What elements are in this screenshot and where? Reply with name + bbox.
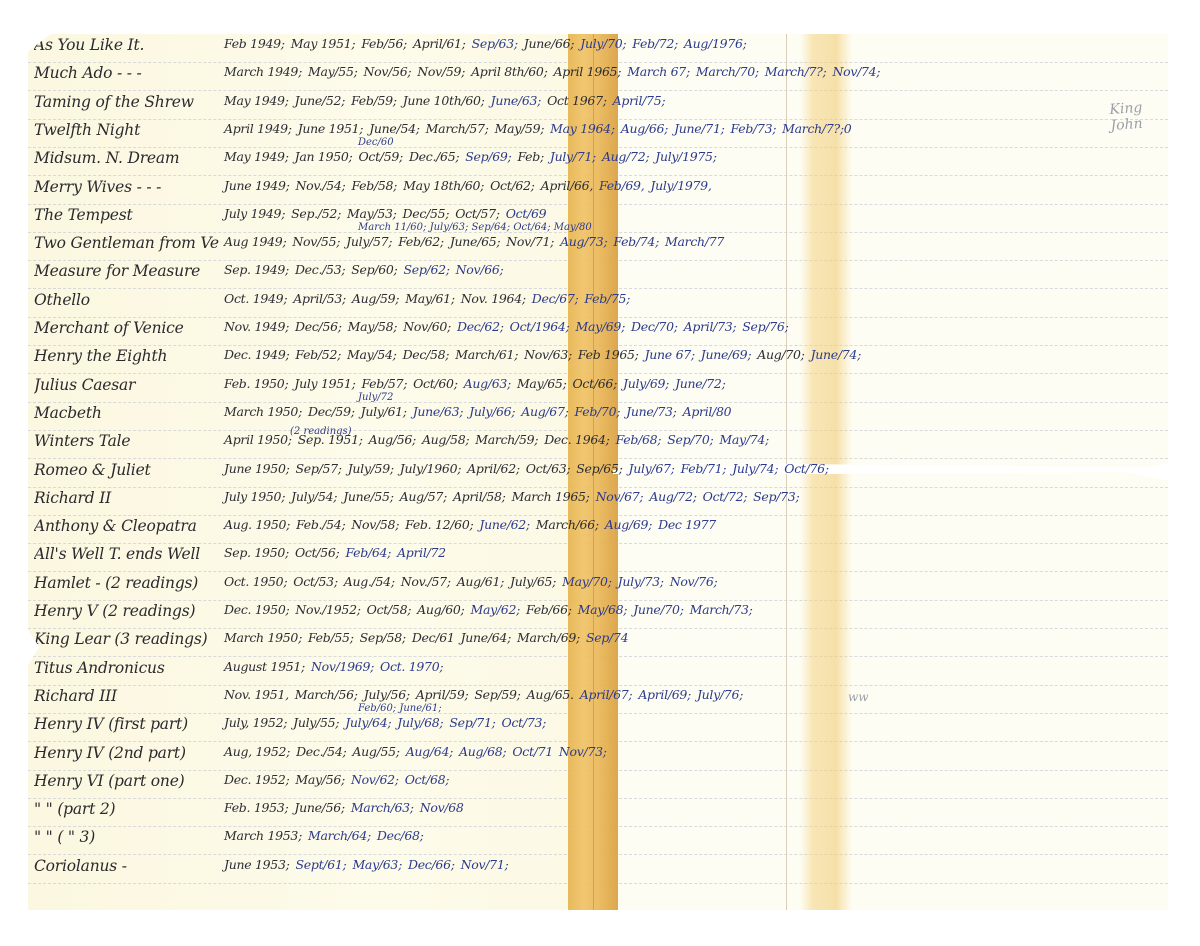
reading-date: May 18th/60;	[403, 178, 484, 193]
reading-dates: July 1949;Sep./52;May/53;Dec/55;Oct/57;O…	[224, 206, 552, 221]
reading-date: May/59;	[495, 121, 545, 136]
play-title: Twelfth Night	[34, 121, 219, 139]
reading-date: Sep/63;	[472, 36, 518, 51]
reading-date: April/67;	[580, 687, 633, 702]
reading-dates: June 1950;Sep/57;July/59;July/1960;April…	[224, 461, 835, 476]
reading-date: Dec./54;	[296, 744, 346, 759]
reading-date: Feb/72;	[632, 36, 678, 51]
ruled-line	[28, 911, 1168, 912]
reading-date: Dec/59;	[308, 404, 355, 419]
reading-date: Feb/62;	[398, 234, 444, 249]
reading-date: Jan 1950;	[295, 149, 353, 164]
reading-date: Nov. 1949;	[224, 319, 289, 334]
reading-date: Aug/65.	[527, 687, 574, 702]
reading-date: Aug/60;	[417, 602, 464, 617]
reading-date: Oct/72;	[703, 489, 748, 504]
reading-date: August 1951;	[224, 659, 305, 674]
reading-date: Nov./57;	[401, 574, 451, 589]
play-title: Macbeth	[34, 404, 219, 422]
reading-date: July/1960;	[400, 461, 461, 476]
reading-dates: Dec. 1950;Nov./1952;Oct/58;Aug/60;May/62…	[224, 602, 759, 617]
play-title: Henry IV (2nd part)	[34, 744, 219, 762]
reading-date: July/59;	[348, 461, 394, 476]
reading-date: Nov/55;	[292, 234, 340, 249]
reading-date: Oct/66;	[572, 376, 617, 391]
reading-date: Nov/1969;	[311, 659, 374, 674]
reading-dates: July 1950;July/54;June/55;Aug/57;April/5…	[224, 489, 805, 504]
reading-date: Oct. 1970;	[380, 659, 443, 674]
reading-date: Feb/75;	[584, 291, 630, 306]
reading-date: May/56;	[295, 772, 345, 787]
paper-sheet: As You Like It.Feb 1949;May 1951;Feb/56;…	[28, 34, 1168, 910]
reading-date: July/61;	[361, 404, 407, 419]
reading-date: July/65;	[510, 574, 556, 589]
reading-date: Nov/66;	[456, 262, 504, 277]
reading-date: March 1965;	[512, 489, 590, 504]
reading-date: Sep/58;	[360, 630, 406, 645]
reading-date: May/70;	[562, 574, 612, 589]
reading-date: March/66;	[536, 517, 599, 532]
reading-dates: March 1953;March/64;Dec/68;	[224, 828, 430, 843]
reading-dates: June 1949;Nov./54;Feb/58;May 18th/60;Oct…	[224, 178, 718, 193]
reading-date: July, 1952;	[224, 715, 287, 730]
reading-date: Nov/71;	[506, 234, 554, 249]
reading-dates: Feb. 1953;June/56;March/63;Nov/68	[224, 800, 470, 815]
reading-date: June/66;	[524, 36, 574, 51]
reading-date: Aug/72;	[602, 149, 649, 164]
play-title: Winters Tale	[34, 432, 219, 450]
reading-date: Oct/76;	[784, 461, 829, 476]
reading-date: June 1949;	[224, 178, 290, 193]
reading-date: April/53;	[293, 291, 346, 306]
reading-date: Oct/53;	[293, 574, 338, 589]
reading-date: Feb./54;	[296, 517, 345, 532]
reading-date: July/54;	[291, 489, 337, 504]
reading-date: July/68;	[397, 715, 443, 730]
reading-date: April/62;	[467, 461, 520, 476]
play-title: Titus Andronicus	[34, 659, 219, 677]
reading-date: May/61;	[405, 291, 455, 306]
reading-dates: Sep. 1950;Oct/56;Feb/64;April/72	[224, 545, 452, 560]
play-title: Two Gentleman from Verona	[34, 234, 219, 252]
reading-dates: April 1949;June 1951;June/54;March/57;Ma…	[224, 121, 857, 136]
play-title: King Lear (3 readings)	[34, 630, 219, 648]
play-title: Richard II	[34, 489, 219, 507]
play-title: Anthony & Cleopatra	[34, 517, 219, 535]
reading-date: May/53;	[347, 206, 397, 221]
play-title: Midsum. N. Dream	[34, 149, 219, 167]
reading-date: June/72;	[675, 376, 725, 391]
reading-date: July 1950;	[224, 489, 285, 504]
reading-date: Aug/66;	[621, 121, 668, 136]
reading-date: Nov/63;	[524, 347, 572, 362]
reading-date: Nov/71;	[461, 857, 509, 872]
reading-date: Oct/56;	[295, 545, 340, 560]
reading-date: Dec/55;	[403, 206, 450, 221]
reading-dates: Dec. 1949;Feb/52;May/54;Dec/58;March/61;…	[224, 347, 867, 362]
reading-date: Aug/73;	[560, 234, 607, 249]
margin-scribble: ww	[848, 690, 869, 704]
play-title: Merry Wives - - -	[34, 178, 219, 196]
reading-date: June 1951;	[298, 121, 364, 136]
play-title: Taming of the Shrew	[34, 93, 219, 111]
reading-date: Aug 1949;	[224, 234, 286, 249]
reading-date: Feb 1965;	[578, 347, 639, 362]
reading-dates: March 1950;Dec/59;July/61;June/63;July/6…	[224, 404, 737, 419]
reading-date: May/65;	[517, 376, 567, 391]
reading-date: Aug/57;	[400, 489, 447, 504]
reading-dates: Oct. 1950;Oct/53;Aug./54;Nov./57;Aug/61;…	[224, 574, 723, 589]
reading-date: May/54;	[347, 347, 397, 362]
reading-date: April/61;	[413, 36, 466, 51]
reading-date: March/64;	[308, 828, 371, 843]
reading-date: June/74;	[811, 347, 861, 362]
reading-date: April/73;	[684, 319, 737, 334]
reading-date: Aug/67;	[521, 404, 568, 419]
reading-date: March/7?;	[765, 64, 827, 79]
reading-date: Feb 1949;	[224, 36, 285, 51]
reading-date: Sep/73;	[753, 489, 799, 504]
reading-date: June 1950;	[224, 461, 290, 476]
reading-date: May 1949;	[224, 93, 289, 108]
reading-date: June/73;	[626, 404, 676, 419]
reading-date: April/58;	[453, 489, 506, 504]
reading-date: Oct/68;	[405, 772, 450, 787]
reading-date: Aug/69;	[605, 517, 652, 532]
reading-date: April 1949;	[224, 121, 292, 136]
reading-date: June/63;	[491, 93, 541, 108]
annotation: Dec/60	[358, 137, 394, 148]
reading-date: Nov/59;	[417, 64, 465, 79]
play-title: Measure for Measure	[34, 262, 219, 280]
reading-date: July 1949;	[224, 206, 285, 221]
reading-dates: Dec. 1952;May/56;Nov/62;Oct/68;	[224, 772, 455, 787]
reading-dates: Feb 1949;May 1951;Feb/56;April/61;Sep/63…	[224, 36, 753, 51]
reading-date: March 67;	[627, 64, 690, 79]
reading-date: June/62;	[479, 517, 529, 532]
reading-date: June 10th/60;	[403, 93, 485, 108]
reading-date: March/77	[665, 234, 724, 249]
reading-date: March 1953;	[224, 828, 302, 843]
reading-dates: Sep. 1949;Dec./53;Sep/60;Sep/62;Nov/66;	[224, 262, 509, 277]
reading-date: Feb/59;	[351, 93, 397, 108]
reading-date: Feb/58;	[351, 178, 397, 193]
reading-date: Aug/56;	[369, 432, 416, 447]
reading-date: Aug/68;	[459, 744, 506, 759]
play-title: Much Ado - - -	[34, 64, 219, 82]
reading-date: Dec/61	[412, 630, 455, 645]
reading-date: Oct/62;	[490, 178, 535, 193]
reading-date: Nov/56;	[364, 64, 412, 79]
reading-date: June 1953;	[224, 857, 290, 872]
annotation: July/72	[358, 392, 393, 403]
reading-date: July/57;	[346, 234, 392, 249]
play-title: As You Like It.	[34, 36, 219, 54]
play-title: Richard III	[34, 687, 219, 705]
reading-date: Sep/69;	[465, 149, 511, 164]
reading-dates: Nov. 1949;Dec/56;May/58;Nov/60;Dec/62;Oc…	[224, 319, 795, 334]
reading-date: Feb/74;	[613, 234, 659, 249]
reading-date: April/59;	[416, 687, 469, 702]
reading-date: Feb/71;	[681, 461, 727, 476]
reading-date: April/80	[683, 404, 732, 419]
reading-date: May/55;	[308, 64, 358, 79]
reading-date: July/1975;	[655, 149, 716, 164]
reading-date: March/57;	[426, 121, 489, 136]
reading-date: March/69;	[517, 630, 580, 645]
reading-date: Nov. 1964;	[461, 291, 526, 306]
reading-date: March/73;	[690, 602, 753, 617]
reading-date: Nov/60;	[403, 319, 451, 334]
reading-date: Feb. 12/60;	[405, 517, 473, 532]
reading-date: Dec. 1950;	[224, 602, 289, 617]
reading-date: June/69;	[701, 347, 751, 362]
reading-date: Nov/74;	[832, 64, 880, 79]
reading-date: Aug. 1950;	[224, 517, 290, 532]
reading-date: July/71;	[550, 149, 596, 164]
reading-date: Feb/66;	[526, 602, 572, 617]
play-title: Henry the Eighth	[34, 347, 219, 365]
reading-date: Aug/72;	[649, 489, 696, 504]
reading-date: March/61;	[455, 347, 518, 362]
reading-date: Aug/55;	[352, 744, 399, 759]
reading-date: Dec/70;	[631, 319, 678, 334]
annotation: (2 readings)	[290, 426, 352, 437]
reading-date: July/66;	[469, 404, 515, 419]
reading-date: March/7?;0	[782, 121, 851, 136]
reading-date: July/64;	[345, 715, 391, 730]
reading-date: Feb/70;	[575, 404, 621, 419]
reading-date: Dec./65;	[409, 149, 459, 164]
reading-date: Dec/67;	[532, 291, 579, 306]
reading-date: Nov./1952;	[295, 602, 360, 617]
reading-date: July/76;	[697, 687, 743, 702]
reading-date: Feb/68;	[616, 432, 662, 447]
reading-date: Aug/59;	[352, 291, 399, 306]
reading-date: Aug/58;	[422, 432, 469, 447]
reading-dates: August 1951;Nov/1969;Oct. 1970;	[224, 659, 449, 674]
reading-date: Oct/71	[512, 744, 553, 759]
reading-date: Aug/61;	[457, 574, 504, 589]
play-title: Merchant of Venice	[34, 319, 219, 337]
reading-date: June/55;	[343, 489, 393, 504]
reading-date: Oct/63;	[526, 461, 571, 476]
play-title: Henry V (2 readings)	[34, 602, 219, 620]
reading-date: Feb/64;	[345, 545, 391, 560]
play-title: Hamlet - (2 readings)	[34, 574, 219, 592]
reading-date: Oct/73;	[502, 715, 547, 730]
reading-dates: May 1949;Jan 1950;Oct/59;Dec./65;Sep/69;…	[224, 149, 723, 164]
reading-date: Sep/57;	[296, 461, 342, 476]
reading-dates: Oct. 1949;April/53;Aug/59;May/61;Nov. 19…	[224, 291, 636, 306]
reading-date: April/66,	[541, 178, 593, 193]
reading-date: Aug./54;	[344, 574, 395, 589]
play-title: Coriolanus -	[34, 857, 219, 875]
reading-dates: July, 1952;July/55;July/64;July/68;Sep/7…	[224, 715, 552, 730]
reading-date: June/52;	[295, 93, 345, 108]
reading-date: April 1965;	[554, 64, 622, 79]
reading-date: Dec/62;	[457, 319, 504, 334]
reading-date: Sep/74	[586, 630, 628, 645]
reading-date: July/55;	[293, 715, 339, 730]
play-title: Henry VI (part one)	[34, 772, 219, 790]
reading-date: Dec 1977	[658, 517, 716, 532]
reading-date: Aug, 1952;	[224, 744, 290, 759]
reading-date: Aug/1976;	[684, 36, 747, 51]
reading-date: Aug/70;	[757, 347, 804, 362]
reading-date: Feb;	[517, 149, 543, 164]
reading-date: Sep/70;	[667, 432, 713, 447]
reading-date: Dec./53;	[295, 262, 345, 277]
reading-date: Nov/73;	[559, 744, 607, 759]
reading-date: Feb/55;	[308, 630, 354, 645]
reading-date: April/69;	[638, 687, 691, 702]
reading-date: Oct/59;	[358, 149, 403, 164]
margin-scribble: King John	[1109, 98, 1169, 134]
reading-date: March 1950;	[224, 630, 302, 645]
reading-date: Nov./54;	[296, 178, 346, 193]
play-title: All's Well T. ends Well	[34, 545, 219, 563]
reading-date: June/54;	[369, 121, 419, 136]
reading-date: Oct. 1950;	[224, 574, 287, 589]
reading-date: May/62;	[470, 602, 520, 617]
reading-date: May 1964;	[550, 121, 615, 136]
reading-dates: March 1950;Feb/55;Sep/58;Dec/61June/64;M…	[224, 630, 634, 645]
reading-date: Feb. 1953;	[224, 800, 288, 815]
reading-date: June 67;	[645, 347, 695, 362]
reading-date: June/64;	[461, 630, 511, 645]
reading-date: Oct 1967;	[547, 93, 607, 108]
reading-dates: Nov. 1951,March/56;July/56;April/59;Sep/…	[224, 687, 749, 702]
reading-date: Sept/61;	[296, 857, 347, 872]
reading-date: May/74;	[719, 432, 769, 447]
reading-dates: March 1949;May/55;Nov/56;Nov/59;April 8t…	[224, 64, 886, 79]
reading-date: Nov/76;	[670, 574, 718, 589]
reading-date: Sep. 1949;	[224, 262, 289, 277]
annotation: Feb/60; June/61;	[358, 703, 442, 714]
reading-date: July 1951;	[294, 376, 355, 391]
reading-date: Oct/1964;	[510, 319, 570, 334]
reading-date: Feb/69,	[599, 178, 644, 193]
reading-date: Sep/71;	[449, 715, 495, 730]
reading-date: June/63;	[413, 404, 463, 419]
reading-dates: Feb. 1950;July 1951;Feb/57;Oct/60;Aug/63…	[224, 376, 732, 391]
reading-dates: Aug. 1950;Feb./54;Nov/58;Feb. 12/60;June…	[224, 517, 722, 532]
reading-date: Feb/52;	[295, 347, 341, 362]
annotation: March 11/60; July/63; Sep/64; Oct/64; Ma…	[358, 222, 592, 233]
reading-date: Aug/63;	[464, 376, 511, 391]
reading-date: Nov/68	[420, 800, 464, 815]
reading-date: Dec/66;	[408, 857, 455, 872]
reading-date: Dec. 1964;	[544, 432, 609, 447]
reading-date: Sep/62;	[403, 262, 449, 277]
reading-date: Sep/65;	[576, 461, 622, 476]
reading-date: July/67;	[629, 461, 675, 476]
reading-date: March/63;	[351, 800, 414, 815]
reading-date: May/69;	[575, 319, 625, 334]
reading-dates: June 1953;Sept/61;May/63;Dec/66;Nov/71;	[224, 857, 514, 872]
reading-date: May 1949;	[224, 149, 289, 164]
reading-date: July/69;	[623, 376, 669, 391]
reading-date: March/56;	[295, 687, 358, 702]
reading-date: Oct/60;	[413, 376, 458, 391]
reading-date: March 1949;	[224, 64, 302, 79]
reading-date: Sep/76;	[742, 319, 788, 334]
reading-date: Dec. 1952;	[224, 772, 289, 787]
reading-date: Feb/73;	[731, 121, 777, 136]
reading-dates: May 1949;June/52;Feb/59;June 10th/60;Jun…	[224, 93, 671, 108]
reading-date: March 1950;	[224, 404, 302, 419]
reading-date: March/59;	[475, 432, 538, 447]
reading-date: Oct/58;	[367, 602, 412, 617]
reading-date: April/75;	[613, 93, 666, 108]
reading-date: Aug/64;	[406, 744, 453, 759]
reading-date: April/72	[397, 545, 446, 560]
play-title: " " (part 2)	[34, 800, 219, 818]
reading-date: July/73;	[618, 574, 664, 589]
reading-date: June/56;	[294, 800, 344, 815]
reading-date: Nov/58;	[351, 517, 399, 532]
reading-date: May/63;	[352, 857, 402, 872]
reading-date: Dec/68;	[377, 828, 424, 843]
reading-date: June/71;	[674, 121, 724, 136]
reading-date: April 8th/60;	[471, 64, 547, 79]
reading-date: July/74;	[732, 461, 778, 476]
reading-date: March/70;	[696, 64, 759, 79]
play-title: Henry IV (first part)	[34, 715, 219, 733]
play-title: The Tempest	[34, 206, 219, 224]
reading-date: Oct/69	[506, 206, 547, 221]
reading-dates: Aug 1949;Nov/55;July/57;Feb/62;June/65;N…	[224, 234, 730, 249]
reading-date: June/70;	[633, 602, 683, 617]
reading-date: Nov/62;	[351, 772, 399, 787]
play-title: Romeo & Juliet	[34, 461, 219, 479]
reading-date: July/56;	[364, 687, 410, 702]
reading-dates: Aug, 1952;Dec./54;Aug/55;Aug/64;Aug/68;O…	[224, 744, 613, 759]
reading-date: Dec. 1949;	[224, 347, 289, 362]
reading-date: Sep. 1950;	[224, 545, 289, 560]
reading-date: April 1950;	[224, 432, 292, 447]
reading-date: May/58;	[348, 319, 398, 334]
play-title: " " ( " 3)	[34, 828, 219, 846]
reading-date: July/70;	[580, 36, 626, 51]
reading-date: July/1979,	[650, 178, 711, 193]
reading-date: Oct/57;	[455, 206, 500, 221]
reading-date: Sep/60;	[351, 262, 397, 277]
reading-date: Oct. 1949;	[224, 291, 287, 306]
play-title: Julius Caesar	[34, 376, 219, 394]
reading-date: Nov/67;	[596, 489, 644, 504]
reading-date: Dec/56;	[295, 319, 342, 334]
reading-date: Sep/59;	[474, 687, 520, 702]
reading-date: Sep./52;	[291, 206, 341, 221]
reading-date: Nov. 1951,	[224, 687, 289, 702]
reading-date: June/65;	[450, 234, 500, 249]
reading-date: May 1951;	[291, 36, 356, 51]
reading-date: May/68;	[578, 602, 628, 617]
reading-date: Feb/57;	[361, 376, 407, 391]
play-title: Othello	[34, 291, 219, 309]
reading-date: Dec/58;	[403, 347, 450, 362]
reading-date: Feb. 1950;	[224, 376, 288, 391]
reading-date: Feb/56;	[361, 36, 407, 51]
